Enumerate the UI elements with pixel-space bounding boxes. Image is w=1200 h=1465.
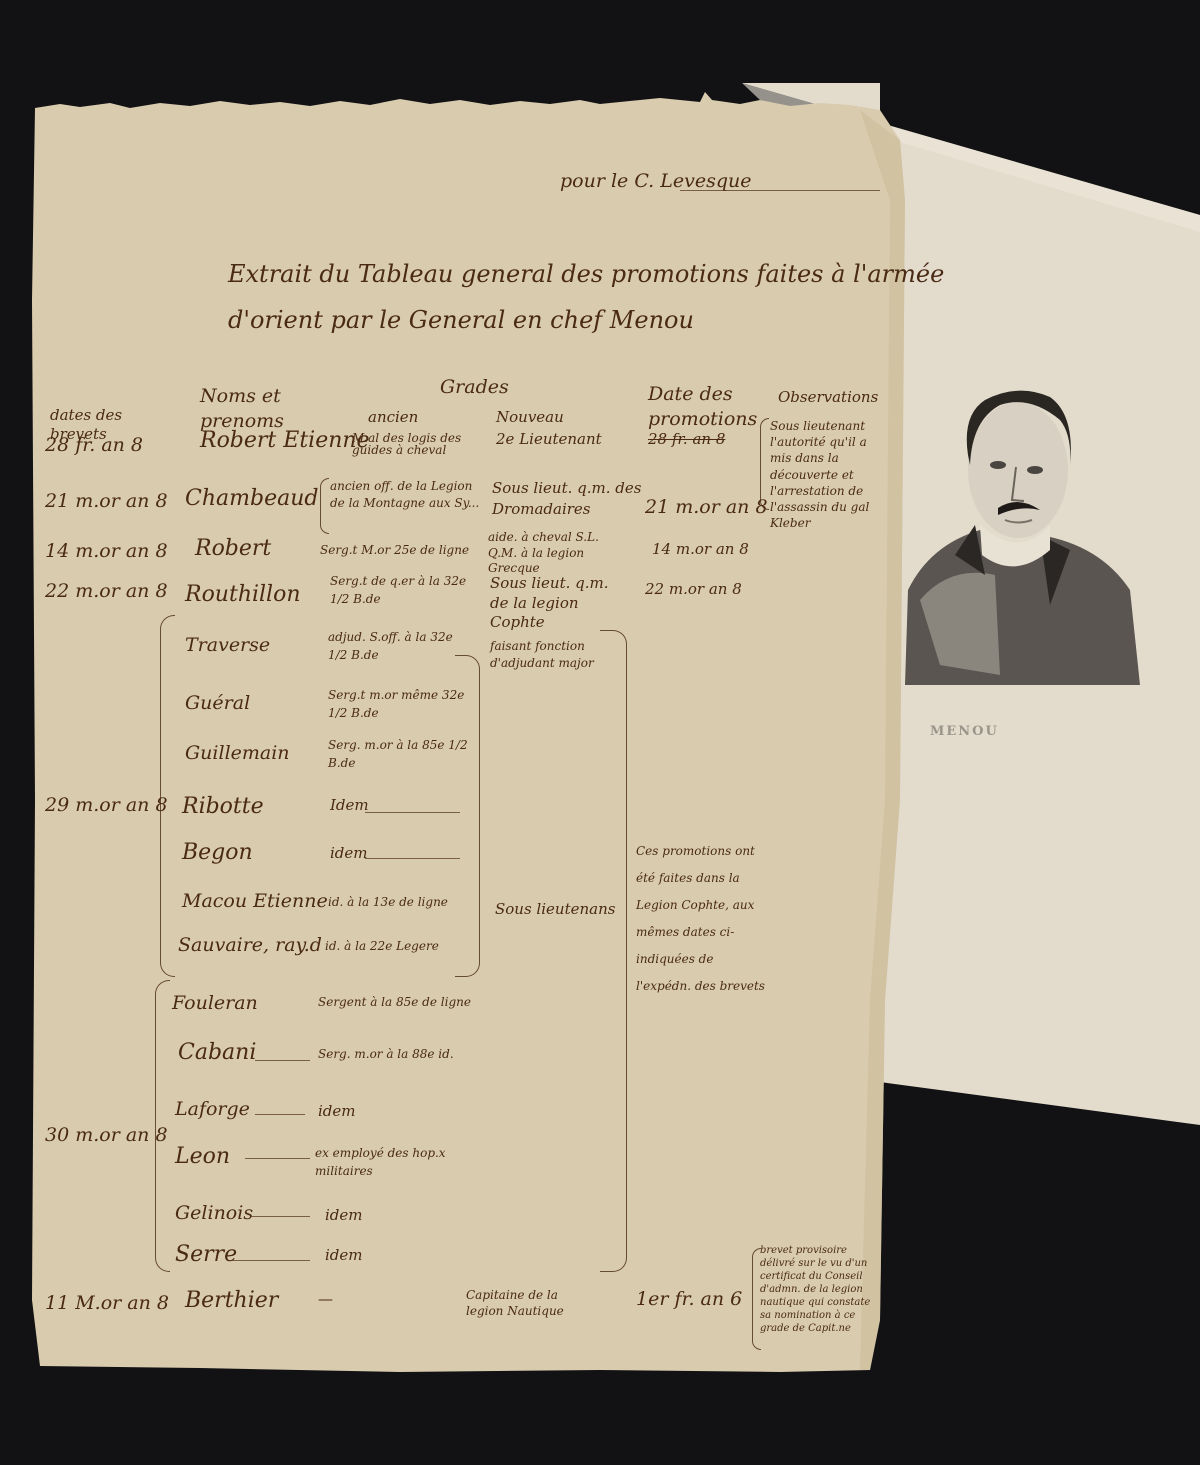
row-name: Laforge bbox=[175, 1100, 250, 1119]
observation-kleber: Sous lieutenant l'autorité qu'il a mis d… bbox=[770, 418, 875, 531]
row-date: 29 m.or an 8 bbox=[45, 796, 168, 815]
row-date: 11 M.or an 8 bbox=[45, 1294, 169, 1313]
row-name: Ribotte bbox=[182, 796, 264, 818]
row-name: Chambeaud bbox=[185, 488, 318, 510]
row-nouveau: aide. à cheval S.L. Q.M. à la legion Gre… bbox=[488, 530, 628, 577]
row-promo-date: 1er fr. an 6 bbox=[636, 1290, 742, 1309]
manuscript-sheet: pour le C. Levesque Extrait du Tableau g… bbox=[0, 0, 1200, 1465]
row-ancien: — bbox=[318, 1292, 333, 1307]
observation-legion-cophte: Ces promotions ont été faites dans la Le… bbox=[636, 838, 771, 1000]
header-grades: Grades bbox=[440, 378, 509, 397]
row-name: Serre bbox=[175, 1244, 237, 1266]
row-nouveau-group: Sous lieutenans bbox=[495, 902, 615, 917]
row-ancien: idem bbox=[318, 1104, 356, 1119]
row-ancien: id. à la 22e Legere bbox=[325, 940, 439, 952]
row-ancien: Serg.t m.or même 32e 1/2 B.de bbox=[328, 686, 468, 722]
row-ancien: Serg. m.or à la 88e id. bbox=[318, 1048, 454, 1060]
row-ancien: Idem bbox=[330, 798, 369, 813]
row-date: 22 m.or an 8 bbox=[45, 582, 168, 601]
row-date: 28 fr. an 8 bbox=[45, 436, 143, 455]
row-name: Robert Etienne bbox=[200, 430, 370, 452]
document-title-line2: d'orient par le General en chef Menou bbox=[228, 308, 694, 332]
row-name: Berthier bbox=[185, 1290, 278, 1312]
row-nouveau: Sous lieut. q.m. de la legion Cophte bbox=[490, 574, 630, 633]
row-nouveau: faisant fonction d'adjudant major bbox=[490, 638, 620, 672]
row-name: Robert bbox=[195, 538, 271, 560]
row-ancien: Sergent à la 85e de ligne bbox=[318, 996, 471, 1008]
row-promo-date: 28 fr. an 8 bbox=[648, 432, 725, 447]
row-ancien: Serg.t de q.er à la 32e 1/2 B.de bbox=[330, 572, 470, 608]
row-name: Guillemain bbox=[185, 744, 290, 763]
row-ancien: M.al des logis des guides à cheval bbox=[352, 432, 492, 456]
row-ancien: adjud. S.off. à la 32e 1/2 B.de bbox=[328, 628, 468, 664]
header-observations: Observations bbox=[778, 390, 878, 405]
row-nouveau: Capitaine de la legion Nautique bbox=[466, 1288, 596, 1319]
row-promo-date: 21 m.or an 8 bbox=[645, 498, 768, 517]
row-ancien: id. à la 13e de ligne bbox=[328, 896, 448, 908]
row-ancien: ancien off. de la Legion de la Montagne … bbox=[330, 478, 490, 513]
row-name: Sauvaire, ray.d bbox=[178, 936, 322, 955]
row-name: Fouleran bbox=[172, 994, 258, 1013]
row-name: Leon bbox=[175, 1146, 230, 1168]
header-date-promotions: Date des promotions bbox=[648, 382, 758, 431]
header-ancien: ancien bbox=[368, 410, 418, 425]
document-title-line1: Extrait du Tableau general des promotion… bbox=[228, 262, 944, 286]
row-nouveau: 2e Lieutenant bbox=[496, 432, 602, 447]
row-name: Begon bbox=[182, 842, 253, 864]
row-ancien: Serg.t M.or 25e de ligne bbox=[320, 544, 469, 556]
row-name: Gelinois bbox=[175, 1204, 253, 1223]
row-nouveau: Sous lieut. q.m. des Dromadaires bbox=[492, 478, 642, 520]
header-nouveau: Nouveau bbox=[496, 410, 564, 425]
row-ancien: Serg. m.or à la 85e 1/2 B.de bbox=[328, 736, 468, 772]
row-name: Guéral bbox=[185, 694, 250, 713]
row-ancien: ex employé des hop.x militaires bbox=[315, 1144, 455, 1180]
row-promo-date: 22 m.or an 8 bbox=[645, 582, 742, 597]
header-noms-prenoms: Noms et prenoms bbox=[200, 384, 290, 433]
row-name: Routhillon bbox=[185, 584, 301, 606]
row-name: Cabani bbox=[178, 1042, 256, 1064]
row-date: 14 m.or an 8 bbox=[45, 542, 168, 561]
row-date: 21 m.or an 8 bbox=[45, 492, 168, 511]
row-ancien: idem bbox=[330, 846, 368, 861]
row-ancien: idem bbox=[325, 1248, 363, 1263]
row-name: Macou Etienne bbox=[182, 892, 328, 911]
observation-berthier: brevet provisoire délivré sur le vu d'un… bbox=[760, 1244, 875, 1335]
row-promo-date: 14 m.or an 8 bbox=[652, 542, 749, 557]
row-date: 30 m.or an 8 bbox=[45, 1126, 168, 1145]
row-name: Traverse bbox=[185, 636, 270, 655]
row-ancien: idem bbox=[325, 1208, 363, 1223]
addressee-note: pour le C. Levesque bbox=[560, 172, 752, 191]
